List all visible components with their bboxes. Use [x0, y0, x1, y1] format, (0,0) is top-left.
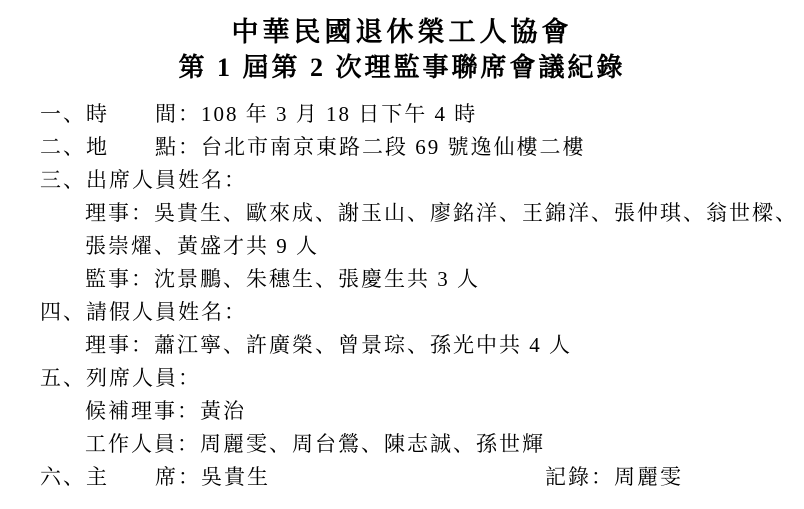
document-body: 一、時 間：108 年 3 月 18 日下午 4 時 二、地 點：台北市南京東路…: [0, 98, 804, 494]
heading-attendees: 三、出席人員姓名：: [40, 164, 798, 197]
observers-alternate-director: 候補理事：黃治: [40, 395, 798, 428]
recorder-label: 記錄：周麗雯: [545, 461, 683, 494]
page-subtitle: 第 1 屆第 2 次理監事聯席會議紀錄: [0, 50, 804, 86]
on-leave-directors: 理事：蕭江寧、許廣榮、曾景琮、孫光中共 4 人: [40, 329, 798, 362]
attendees-directors: 理事：吳貴生、歐來成、謝玉山、廖銘洋、王錦洋、張仲琪、翁世樑、: [40, 197, 798, 230]
line-chair-and-recorder: 六、主 席：吳貴生 記錄：周麗雯: [40, 461, 798, 494]
attendees-supervisors: 監事：沈景鵬、朱穗生、張慶生共 3 人: [40, 263, 798, 296]
heading-on-leave: 四、請假人員姓名：: [40, 296, 798, 329]
chairman-label: 六、主 席：吳貴生: [40, 465, 270, 489]
line-meeting-time: 一、時 間：108 年 3 月 18 日下午 4 時: [40, 98, 798, 131]
line-meeting-location: 二、地 點：台北市南京東路二段 69 號逸仙樓二樓: [40, 131, 798, 164]
heading-observers: 五、列席人員：: [40, 362, 798, 395]
observers-staff: 工作人員：周麗雯、周台鶯、陳志誠、孫世輝: [40, 428, 798, 461]
attendees-directors-continued: 張崇燿、黃盛才共 9 人: [40, 230, 798, 263]
page-title: 中華民國退休榮工人協會: [0, 0, 804, 50]
document-page: 中華民國退休榮工人協會 第 1 屆第 2 次理監事聯席會議紀錄 一、時 間：10…: [0, 0, 804, 509]
